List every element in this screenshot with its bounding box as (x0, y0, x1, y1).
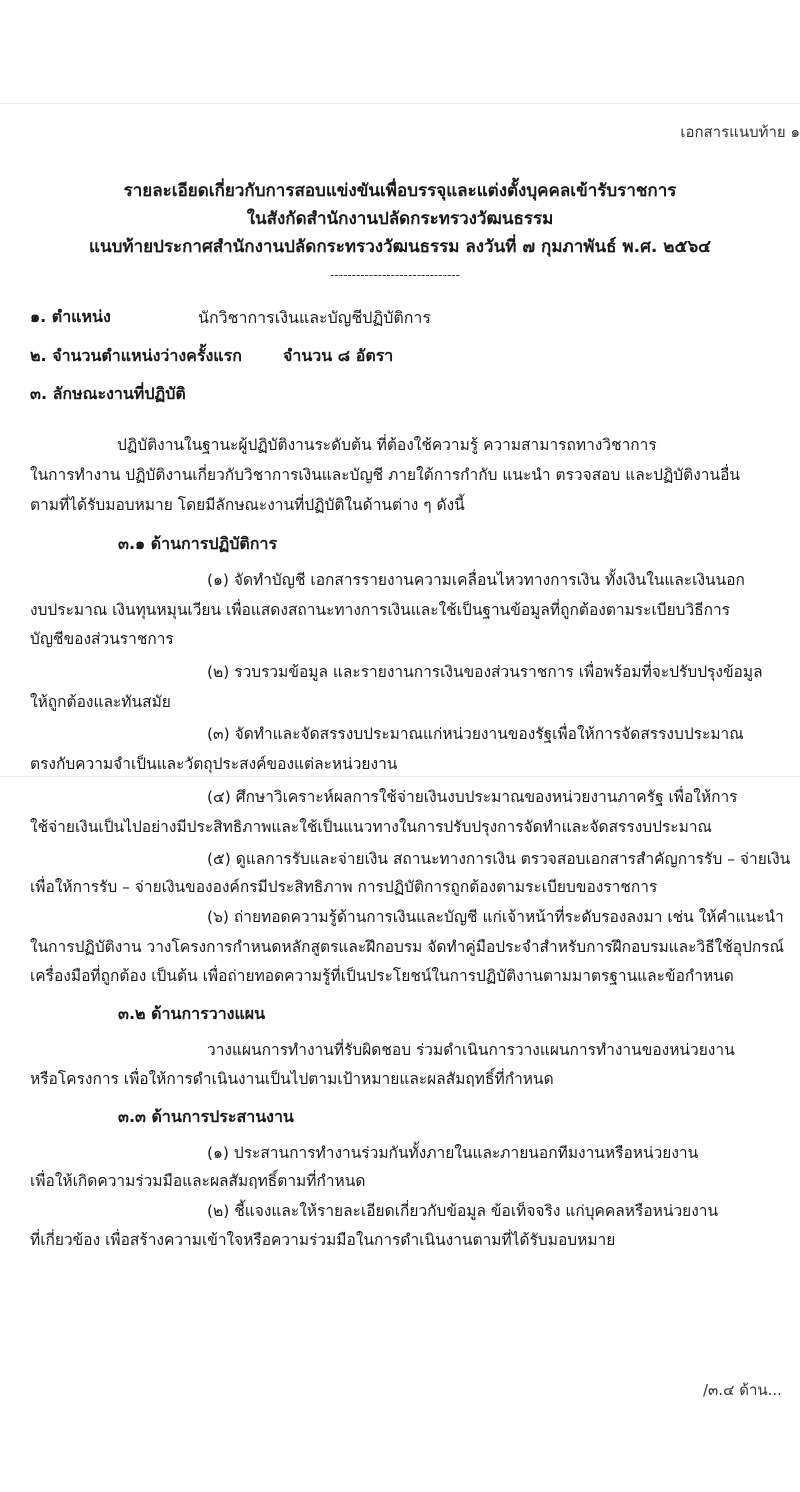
coordination-item-1: (๑) ประสานการทำงานร่วมกันทั้งภายในและภาย… (207, 1140, 698, 1165)
duties-intro-line: ปฏิบัติงานในฐานะผู้ปฏิบัติงานระดับต้น ที… (117, 432, 657, 457)
operations-item-6: เครื่องมือที่ถูกต้อง เป็นต้น เพื่อถ่ายทอ… (30, 963, 734, 988)
operations-item-1: งบประมาณ เงินทุนหมุนเวียน เพื่อแสดงสถานะ… (30, 597, 730, 622)
coordination-item-1: เพื่อให้เกิดความร่วมมือและผลสัมฤทธิ์ตามท… (30, 1168, 365, 1193)
operations-item-4: (๔) ศึกษาวิเคราะห์ผลการใช้จ่ายเงินงบประม… (207, 784, 738, 809)
annex-label: เอกสารแนบท้าย ๑ (680, 120, 800, 144)
document-title-line-3: แนบท้ายประกาศสำนักงานปลัดกระทรวงวัฒนธรรม… (0, 233, 800, 260)
vacancies-value: จำนวน ๘ อัตรา (283, 344, 393, 369)
duties-intro-line: ตามที่ได้รับมอบหมาย โดยมีลักษณะงานที่ปฏิ… (30, 492, 465, 517)
duties-intro-line: ในการทำงาน ปฏิบัติงานเกี่ยวกับวิชาการเงิ… (30, 462, 740, 487)
operations-item-6: (๖) ถ่ายทอดความรู้ด้านการเงินและบัญชี แก… (207, 904, 784, 929)
title-divider: ------------------------------ (330, 268, 460, 282)
operations-item-6: ในการปฏิบัติงาน วางโครงการกำหนดหลักสูตรแ… (30, 934, 784, 959)
operations-item-2: (๒) รวบรวมข้อมูล และรายงานการเงินของส่วน… (207, 659, 763, 684)
operations-item-3: ตรงกับความจำเป็นและวัตถุประสงค์ของแต่ละห… (30, 751, 397, 776)
scan-line (0, 103, 800, 104)
operations-heading: ๓.๑ ด้านการปฏิบัติการ (118, 532, 277, 557)
position-value: นักวิชาการเงินและบัญชีปฏิบัติการ (198, 306, 431, 331)
operations-item-3: (๓) จัดทำและจัดสรรงบประมาณแก่หน่วยงานของ… (207, 721, 744, 746)
document-title-line-1: รายละเอียดเกี่ยวกับการสอบแข่งขันเพื่อบรร… (0, 177, 800, 204)
planning-heading: ๓.๒ ด้านการวางแผน (118, 1002, 265, 1027)
operations-item-5: (๕) ดูแลการรับและจ่ายเงิน สถานะทางการเงิ… (207, 846, 790, 871)
operations-item-4: ใช้จ่ายเงินเป็นไปอย่างมีประสิทธิภาพและใช… (30, 814, 712, 839)
planning-line: หรือโครงการ เพื่อให้การดำเนินงานเป็นไปตา… (30, 1066, 554, 1091)
duties-label: ๓. ลักษณะงานที่ปฏิบัติ (30, 382, 186, 407)
document-title-line-2: ในสังกัดสำนักงานปลัดกระทรวงวัฒนธรรม (0, 205, 800, 232)
operations-item-2: ให้ถูกต้องและทันสมัย (30, 689, 171, 714)
coordination-item-2: ที่เกี่ยวข้อง เพื่อสร้างความเข้าใจหรือคว… (30, 1227, 615, 1252)
vacancies-label: ๒. จำนวนตำแหน่งว่างครั้งแรก (30, 344, 242, 369)
operations-item-1: บัญชีของส่วนราชการ (30, 626, 174, 651)
planning-line: วางแผนการทำงานที่รับผิดชอบ ร่วมดำเนินการ… (207, 1037, 735, 1062)
operations-item-1: (๑) จัดทำบัญชี เอกสารรายงานความเคลื่อนไห… (207, 567, 745, 592)
continuation-marker: /๓.๔ ด้าน... (703, 1378, 782, 1402)
position-label: ๑. ตำแหน่ง (30, 305, 111, 330)
coordination-item-2: (๒) ชี้แจงและให้รายละเอียดเกี่ยวกับข้อมู… (207, 1198, 718, 1223)
scan-line (0, 776, 800, 777)
coordination-heading: ๓.๓ ด้านการประสานงาน (118, 1105, 294, 1130)
operations-item-5: เพื่อให้การรับ – จ่ายเงินขององค์กรมีประส… (30, 874, 657, 899)
